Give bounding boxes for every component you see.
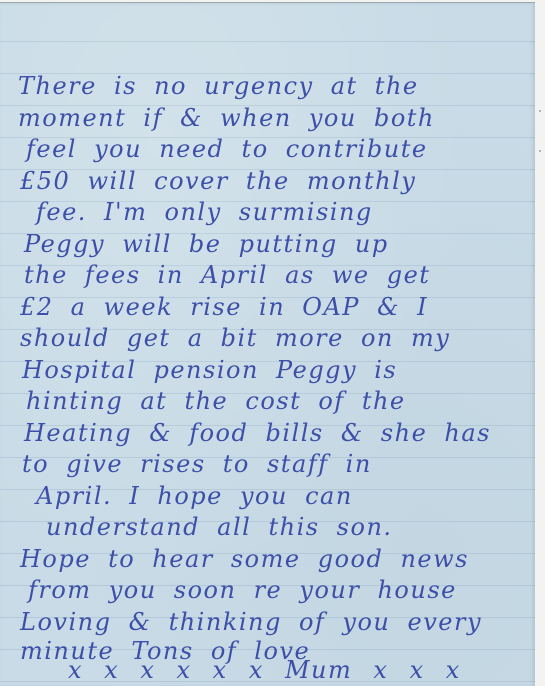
letter-line: should get a bit more on my bbox=[20, 323, 528, 355]
letter-line: from you soon re your house bbox=[28, 575, 528, 607]
letter-line: £50 will cover the monthly bbox=[20, 166, 528, 198]
letter-signature-kisses: x x x x x x Mum x x x bbox=[68, 660, 528, 684]
scanned-page: There is no urgency at the moment if & w… bbox=[0, 0, 545, 686]
letter-line: hinting at the cost of the bbox=[26, 386, 528, 418]
letter-line: April. I hope you can bbox=[36, 481, 528, 513]
letter-line: moment if & when you both bbox=[18, 103, 528, 135]
scan-speck bbox=[539, 110, 541, 112]
letter-line: Hospital pension Peggy is bbox=[22, 355, 528, 387]
letter-body: There is no urgency at the moment if & w… bbox=[18, 71, 528, 684]
letter-line: the fees in April as we get bbox=[24, 260, 528, 292]
letter-line: Heating & food bills & she has bbox=[24, 418, 528, 450]
letter-line: understand all this son. bbox=[46, 512, 528, 544]
letter-line: There is no urgency at the bbox=[18, 71, 528, 103]
scan-speck bbox=[539, 150, 541, 152]
letter-line: to give rises to staff in bbox=[22, 449, 528, 481]
letter-line: fee. I'm only surmising bbox=[36, 197, 528, 229]
lined-notepaper: There is no urgency at the moment if & w… bbox=[0, 2, 535, 686]
letter-line: feel you need to contribute bbox=[26, 134, 528, 166]
letter-line: Hope to hear some good news bbox=[20, 544, 528, 576]
letter-line: £2 a week rise in OAP & I bbox=[20, 292, 528, 324]
letter-line: Peggy will be putting up bbox=[24, 229, 528, 261]
letter-line: Loving & thinking of you every bbox=[20, 607, 528, 639]
